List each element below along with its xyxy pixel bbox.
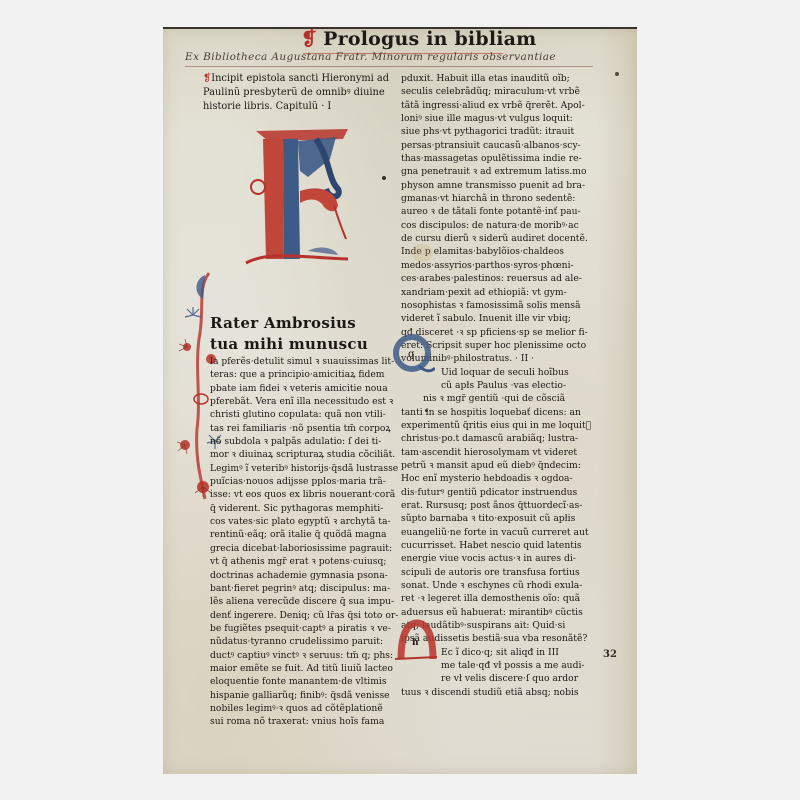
text-line: experimentũ q̃ritis eius qui in me loqui…	[401, 419, 591, 432]
text-line: siue phs·vt pythagorici tradũt: itrauit	[401, 125, 591, 138]
wormhole-mark	[382, 176, 386, 180]
text-line: gmanas·vt hiarchã in throno sedentẽ:	[401, 192, 591, 205]
text-line: pbate iam fidei ꝛ veteris amicitie noua	[210, 382, 398, 395]
svg-text:h: h	[412, 638, 419, 648]
text-line: thas·massagetas opulẽtissima indie re-	[401, 152, 591, 165]
text-line: sui roma nõ traxerat: vnius hoĩs fama	[210, 715, 398, 728]
text-line: re vł velis discere·ſ quo ardor	[401, 672, 591, 685]
text-line: tanti in se hospitis loquebať dicens: an	[401, 406, 591, 419]
inscription-underline	[185, 66, 593, 67]
text-line: sũpto barnaba ꝛ tito·exposuit cũ apłis	[401, 512, 591, 525]
manuscript-page: ❡Prologus in bibliam Ex Bibliotheca Augu…	[163, 27, 637, 774]
text-line: denť ingerere. Deniq; cũ lr̃as q̃si toto…	[210, 609, 398, 622]
text-line: puĩcias·nouos adijsse pplos·maria trã-	[210, 475, 398, 488]
incipit-block: ❡Incipit epistola sancti Hieronymi ad Pa…	[203, 72, 389, 114]
text-line: cos discipulos: de natura·de moribꝰ·ac	[401, 219, 591, 232]
opening-line: Rater Ambrosius	[210, 313, 398, 334]
text-line: rentinũ·eãq; orã italie q̃ quõdã magna	[210, 528, 398, 541]
text-line: pferebãt. Vera enĩ illa necessitudo est …	[210, 395, 398, 408]
text-line: nũdatus·tyranno crudelissimo paruit:	[210, 635, 398, 648]
text-line: ret ·ꝛ legeret illa demosthenis oĩo: quã	[401, 592, 591, 605]
text-line: tuus ꝛ discendi studiũ etiã absq; nobis	[401, 686, 591, 699]
text-line: Hoc enĩ mysterio hebdoadis ꝛ ogdoa-	[401, 472, 591, 485]
text-line: cos vates·sic plato egyptũ ꝛ archytã ta-	[210, 515, 398, 528]
text-line: ces·arabes·palestinos: reuersus ad ale-	[401, 272, 591, 285]
folio-number: 32	[603, 649, 617, 660]
text-line: energie viue vocis actus·ꝛ in aures di-	[401, 552, 591, 565]
text-line: persas·ptransiuit caucasũ·albanos·scy-	[401, 139, 591, 152]
text-line: pduxit. Habuit illa etas inauditũ oĩb;	[401, 72, 591, 85]
illuminated-initial-f-icon	[238, 119, 358, 269]
wormhole-mark	[425, 409, 428, 412]
text-line: petrũ ꝛ mansit apud eũ diebꝰ q̃ndecim:	[401, 459, 591, 472]
text-line: nosophistas ꝛ famosissimã solis mensã	[401, 299, 591, 312]
provenance-inscription: Ex Bibliotheca Augustana Fratr. Minorum …	[185, 51, 556, 63]
text-line: hispanie galliarũq; finibꝰ: q̃sdã veniss…	[210, 689, 398, 702]
text-line: seculis celebrãdũq; miraculum·vt vrbẽ	[401, 85, 591, 98]
text-line: isse: vt eos quos ex libris nouerant·cor…	[210, 488, 398, 501]
text-line: nõ subdola ꝛ palpãs adulatio: ſ dei ti-	[210, 435, 398, 448]
text-line: cũ apłs Paulus ·vas electio-	[401, 379, 591, 392]
header-title-text: Prologus in bibliam	[323, 28, 536, 50]
text-line: tãtã ingressi·aliud ex vrbẽ q̃rerẽt. Apo…	[401, 99, 591, 112]
text-line: Legimꝰ ĩ veteribꝰ historijs·q̃sdã lustra…	[210, 462, 398, 475]
incipit-line: ❡Incipit epistola sancti Hieronymi ad	[203, 72, 389, 86]
text-line: medos·assyrios·parthos·syros·phœni-	[401, 259, 591, 272]
text-line: xandriam·pexit ad ethiopiã: vt gym-	[401, 286, 591, 299]
decorated-initial-h-icon: h	[395, 619, 437, 661]
text-line: aureo ꝛ de tãtali fonte potantẽ·inť pau-	[401, 205, 591, 218]
pilcrow-mark-icon: ❡	[301, 28, 317, 50]
text-line: aduersus eũ habuerat: mirantibꝰ cũctis	[401, 606, 591, 619]
text-line: nobiles legimꝰ·ꝛ quos ad cõtẽplationẽ	[210, 702, 398, 715]
text-line: dis·futurꝰ gentiũ pdicator instruendus	[401, 486, 591, 499]
text-line: scipuli de autoris ore transfusa fortius	[401, 566, 591, 579]
running-header: ❡Prologus in bibliam	[301, 28, 536, 50]
text-line: physon amne transmisso puenit ad bra-	[401, 179, 591, 192]
right-text-column: pduxit. Habuit illa etas inauditũ oĩb; s…	[401, 72, 591, 699]
text-line: bant·fieret pegrinꝰ atq; discipulus: ma-	[210, 582, 398, 595]
text-line: loniꝰ siue ille magus·vt vulgus loquit:	[401, 112, 591, 125]
text-line: grecia dicebat·laboriosissime pagrauit:	[210, 542, 398, 555]
left-text-column: Rater Ambrosius tua mihi munuscu la pfer…	[210, 313, 398, 729]
text-line: de cursu dierũ ꝛ siderũ audiret docentẽ.	[401, 232, 591, 245]
text-line: la pferẽs·detulit simul ꝛ suauissimas li…	[210, 355, 398, 368]
text-line: maior emẽte se fuit. Ad titũ liuiũ lacte…	[210, 662, 398, 675]
text-line: mor ꝛ diuinaꝝ scripturaꝝ studia cõciliãt…	[210, 448, 398, 461]
text-line: euangeliũ·ne forte in vacuũ curreret aut	[401, 526, 591, 539]
decorated-initial-q-icon: q	[391, 332, 435, 376]
incipit-line: Paulinũ presbyterũ de omnibꝰ diuine	[203, 86, 389, 100]
text-line: gna penetrauit ꝛ ad extremum latiss.mo	[401, 165, 591, 178]
text-line: videret ĩ sabulo. Inuenit ille vir vbiq;	[401, 312, 591, 325]
text-line: vt q̃ athenis mgr̃ erat ꝛ potens·cuiusq;	[210, 555, 398, 568]
svg-text:q: q	[408, 349, 415, 360]
text-line: christus·po.t damascũ arabiãq; lustra-	[401, 432, 591, 445]
text-line: teras: que a principio·amicitiaꝝ fidem	[210, 368, 398, 381]
foxing-stain	[411, 244, 433, 262]
text-line: tas rei familiaris ·nõ psentia tm̃ corpo…	[210, 422, 398, 435]
wormhole-mark	[615, 72, 619, 76]
text-line: tam·ascendit hierosolymam vt videret	[401, 446, 591, 459]
text-line: christi glutino copulata: quã non vtili-	[210, 408, 398, 421]
text-line: erat. Rursusq; post ãnos q̃ttuordecĩ·as-	[401, 499, 591, 512]
text-line: sonat. Unde ꝛ eschynes cũ rhodi exula-	[401, 579, 591, 592]
text-line: ductꝰ captiuꝰ vinctꝰ ꝛ seruus: tm̃ q; ph…	[210, 649, 398, 662]
text-line: nis ꝛ mgr̃ gentiũ ·qui de cõsciã	[401, 392, 591, 405]
text-line: eloquentie fonte manantem·de vltimis	[210, 675, 398, 688]
text-line: cucurrisset. Habet nescio quid latentis	[401, 539, 591, 552]
text-line: lẽs aliena verecũde discere q̃ sua impu-	[210, 595, 398, 608]
incipit-line: historie libris. Capitulũ · I	[203, 100, 389, 114]
text-line: me tale·qđ vł possis a me audi-	[401, 659, 591, 672]
text-line: q̃ viderent. Sic pythagoras memphiti-	[210, 502, 398, 515]
opening-line: tua mihi munuscu	[210, 334, 398, 355]
text-line: doctrinas achademie gymnasia psona-	[210, 569, 398, 582]
text-line: be fugiẽtes psequit·captꝰ a piratis ꝛ ve…	[210, 622, 398, 635]
